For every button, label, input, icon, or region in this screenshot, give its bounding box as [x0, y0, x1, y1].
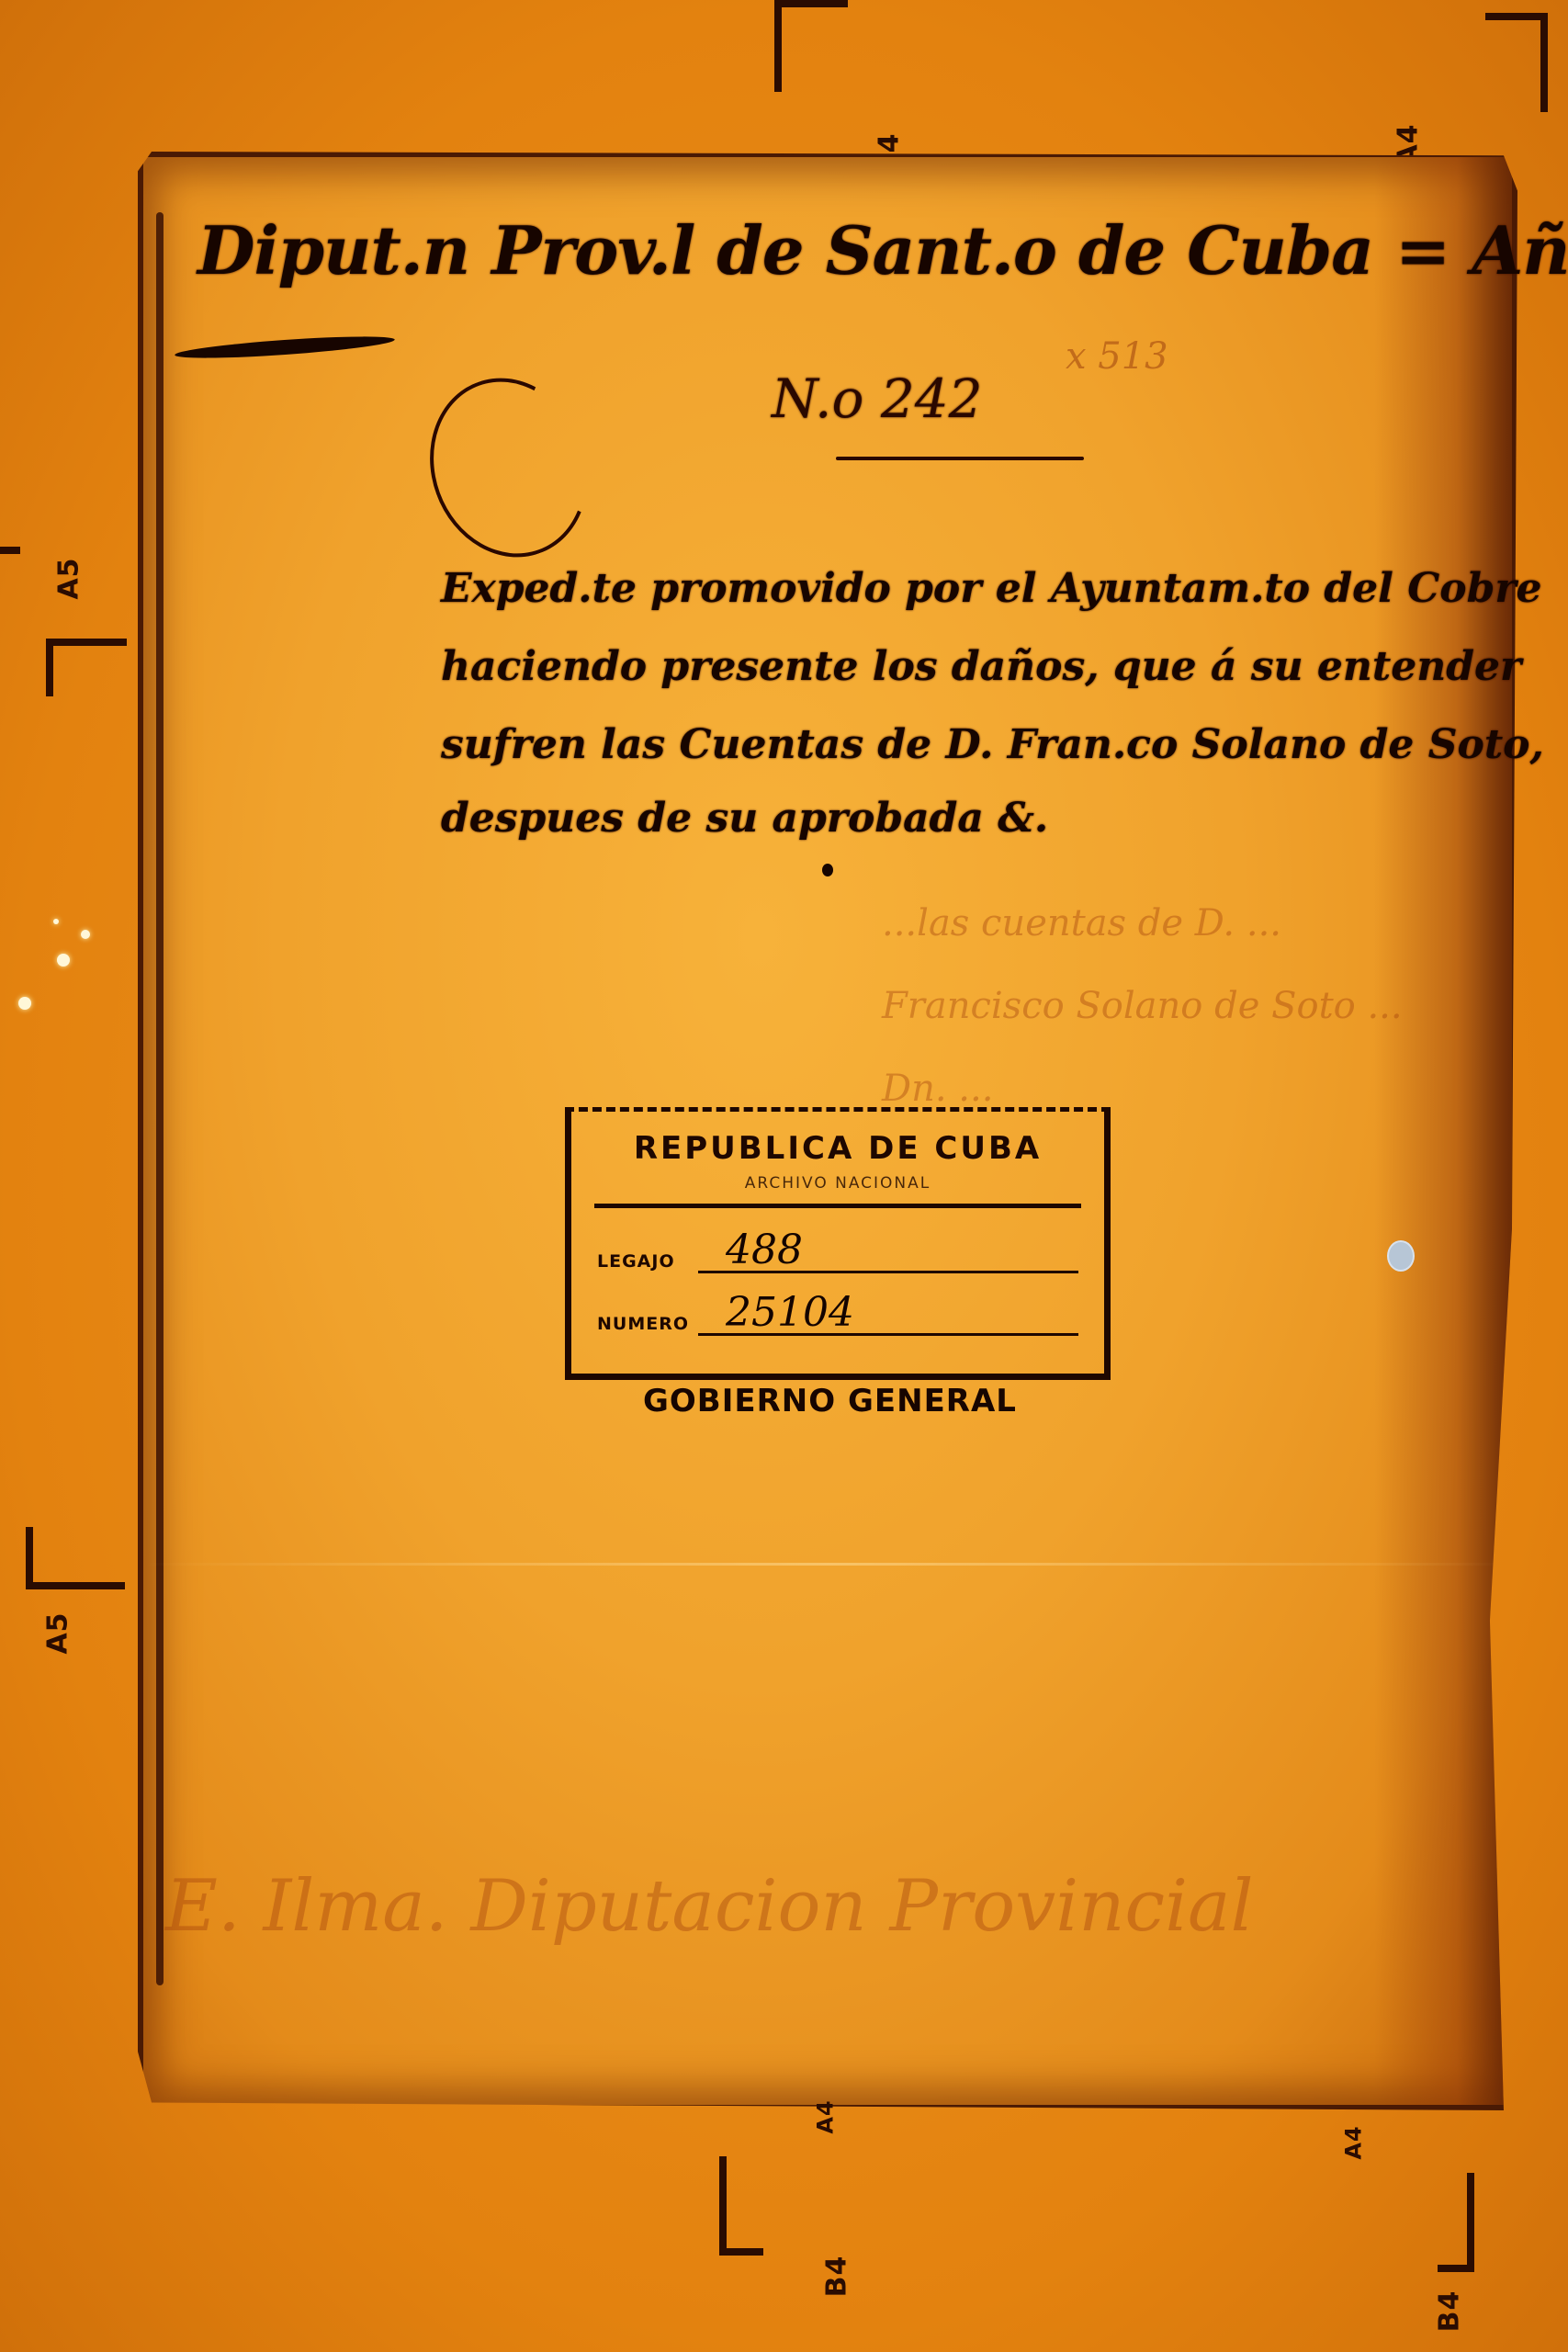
stamp-subtitle: ARCHIVO NACIONAL [571, 1174, 1104, 1193]
body-line-4: despues de su aprobada &. [441, 795, 1048, 842]
size-label-b4-bottom-left: B4 [820, 2256, 852, 2298]
size-label-a5-left-lower: A5 [42, 1611, 74, 1654]
dust-speck [18, 997, 31, 1010]
size-label-b4-bottom-right: B4 [1433, 2290, 1465, 2333]
bleedthrough-text-right: ...las cuentas de D. ... Francisco Solan… [882, 882, 1433, 1130]
legajo-label: LEGAJO [597, 1251, 675, 1272]
fold-crease [143, 1563, 1512, 1566]
body-line-3: sufren las Cuentas de D. Fran.co Solano … [441, 721, 1544, 768]
binding-margin-line [156, 212, 164, 1985]
archive-stamp: REPUBLICA DE CUBA ARCHIVO NACIONAL LEGAJ… [565, 1107, 1111, 1380]
size-label-a5-left-upper: A5 [53, 557, 85, 599]
numero-label: NUMERO [597, 1314, 689, 1334]
dust-speck [57, 954, 70, 967]
legajo-value: 488 [726, 1227, 803, 1273]
document-heading: Diput.n Prov.l de Sant.o de Cuba = Año d… [197, 211, 1568, 289]
dust-speck [53, 919, 59, 924]
stamp-row-legajo: LEGAJO 488 [597, 1229, 1078, 1277]
crop-marker-left-upper [46, 639, 127, 696]
stamp-divider [594, 1204, 1081, 1208]
size-label-a4-bottom-right: A4 [1341, 2125, 1367, 2159]
stamp-footer: GOBIERNO GENERAL [643, 1383, 1017, 1419]
paper-spot [1387, 1240, 1415, 1272]
size-label-a4-bottom-left: A4 [813, 2099, 839, 2133]
crop-marker-left-lower [26, 1527, 125, 1589]
pencil-note: x 513 [1066, 335, 1168, 378]
file-number-underline [836, 457, 1084, 460]
bleedthrough-text-bottom: E. Ilma. Diputacion Provincial [165, 1865, 1254, 1948]
edge-stain [1374, 157, 1512, 2105]
stamp-title: REPUBLICA DE CUBA [571, 1130, 1104, 1167]
crop-marker-bottom-left [719, 2156, 763, 2256]
body-line-1: Exped.te promovido por el Ayuntam.to del… [441, 565, 1542, 612]
crop-marker-top-left [774, 0, 782, 92]
file-number: N.o 242 [772, 367, 983, 430]
stamp-row-numero: NUMERO 25104 [597, 1292, 1078, 1340]
crop-marker-top-left-bar [774, 0, 848, 7]
body-line-2: haciendo presente los daños, que á su en… [441, 643, 1521, 690]
crop-marker-bottom-right [1438, 2173, 1474, 2272]
crop-marker-left-upper-tick [0, 547, 20, 554]
ink-blot [822, 864, 833, 876]
dust-speck [81, 930, 90, 939]
crop-marker-top-right [1485, 13, 1548, 112]
numero-value: 25104 [726, 1289, 854, 1336]
